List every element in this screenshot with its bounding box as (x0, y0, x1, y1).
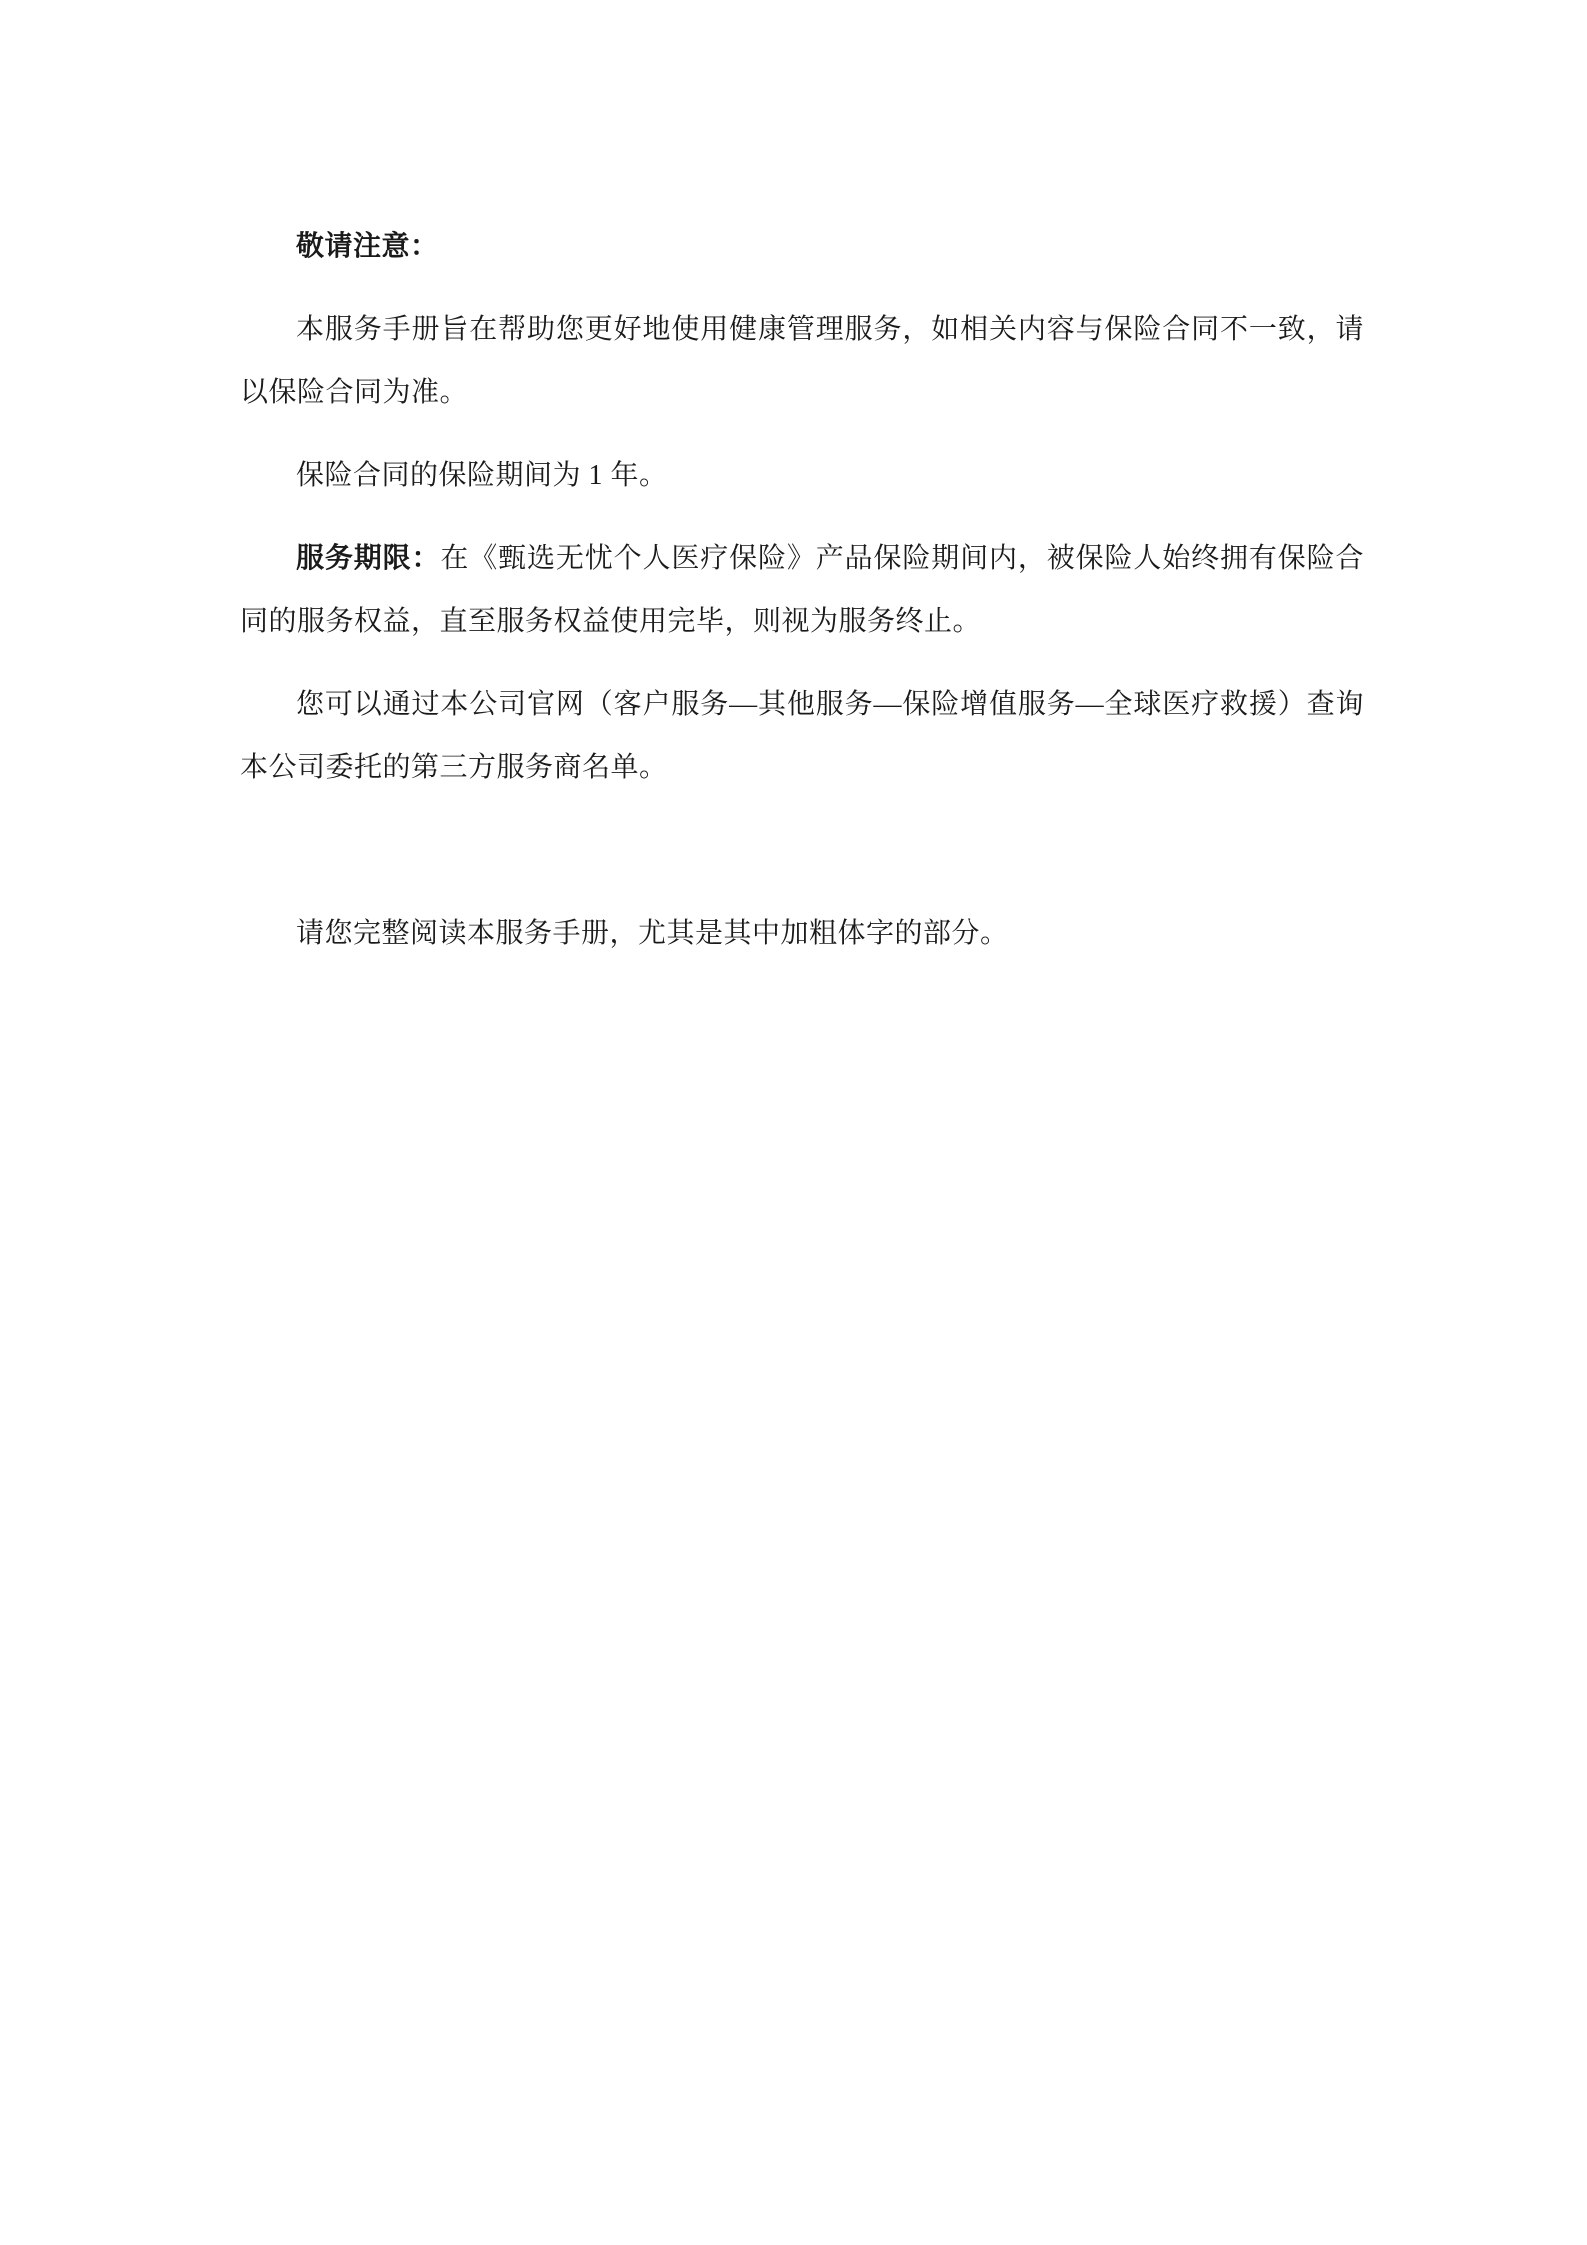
paragraph-website-query: 您可以通过本公司官网（客户服务—其他服务—保险增值服务—全球医疗救援）查询本公司… (240, 673, 1364, 799)
paragraph-service-period: 服务期限：在《甄选无忧个人医疗保险》产品保险期间内，被保险人始终拥有保险合同的服… (240, 527, 1364, 653)
document-page: 敬请注意： 本服务手册旨在帮助您更好地使用健康管理服务，如相关内容与保险合同不一… (0, 0, 1587, 2245)
paragraph-read-notice: 请您完整阅读本服务手册，尤其是其中加粗体字的部分。 (240, 902, 1364, 965)
service-period-label: 服务期限： (296, 543, 440, 574)
paragraph-insurance-period: 保险合同的保险期间为 1 年。 (240, 444, 1364, 507)
notice-heading: 敬请注意： (240, 215, 1364, 278)
paragraph-manual-purpose: 本服务手册旨在帮助您更好地使用健康管理服务，如相关内容与保险合同不一致，请以保险… (240, 298, 1364, 424)
blank-line-spacer (240, 819, 1364, 882)
